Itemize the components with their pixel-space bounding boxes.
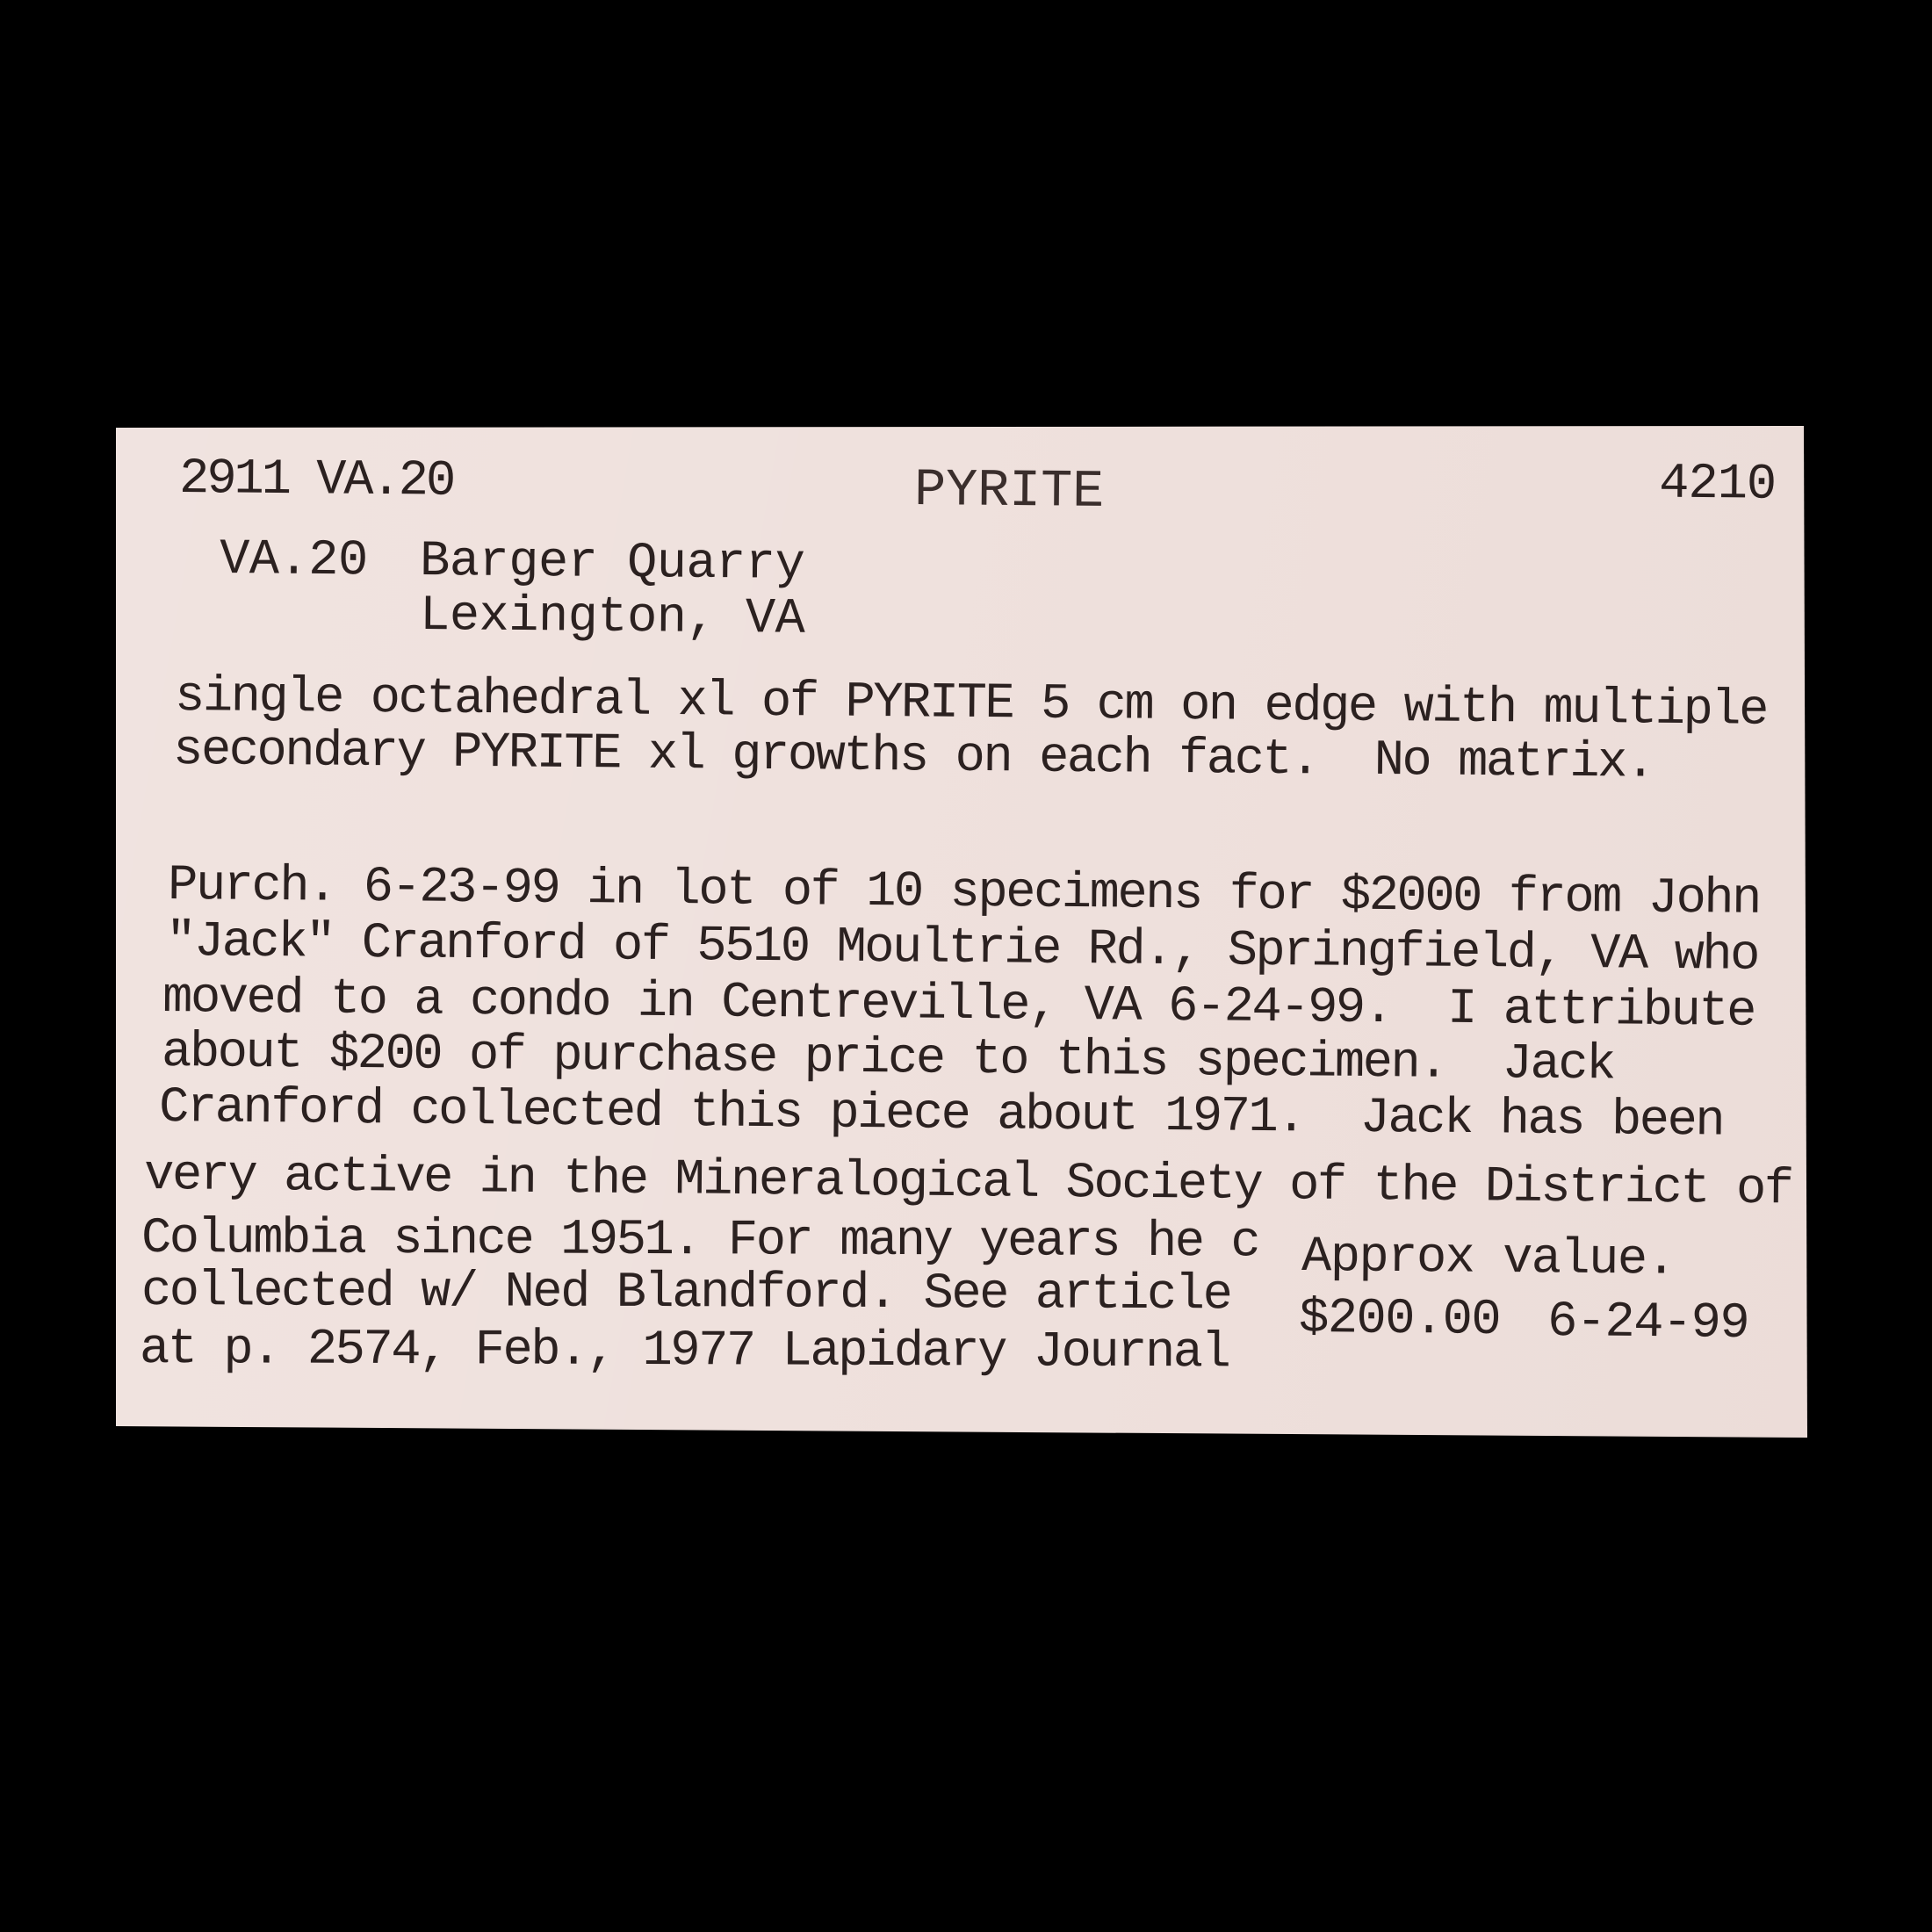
provenance-line: very active in the Mineralogical Society… [144,1151,1792,1215]
provenance-line: collected w/ Ned Blandford. See article [141,1267,1231,1321]
provenance-line: Columbia since 1951. For many years he c [141,1215,1258,1268]
locality-site: Barger Quarry [420,537,805,591]
locality-city-state: Lexington, VA [420,592,805,645]
specimen-number: 4210 [1600,459,1776,511]
provenance-line: Cranford collected this piece about 1971… [159,1084,1724,1148]
catalog-number: 2911 VA.20 [179,455,454,508]
provenance-line: at p. 2574, Feb., 1977 Lapidary Journal [140,1325,1229,1379]
mineral-name: PYRITE [914,465,1105,519]
approx-value-amount: $200.00 [1299,1294,1500,1346]
approx-value-label: Approx value. [1301,1233,1676,1287]
locality-code: VA.20 [220,536,368,587]
description-line: secondary PYRITE xl growths on each fact… [173,726,1654,789]
approx-value-date: 6-24-99 [1547,1298,1748,1350]
